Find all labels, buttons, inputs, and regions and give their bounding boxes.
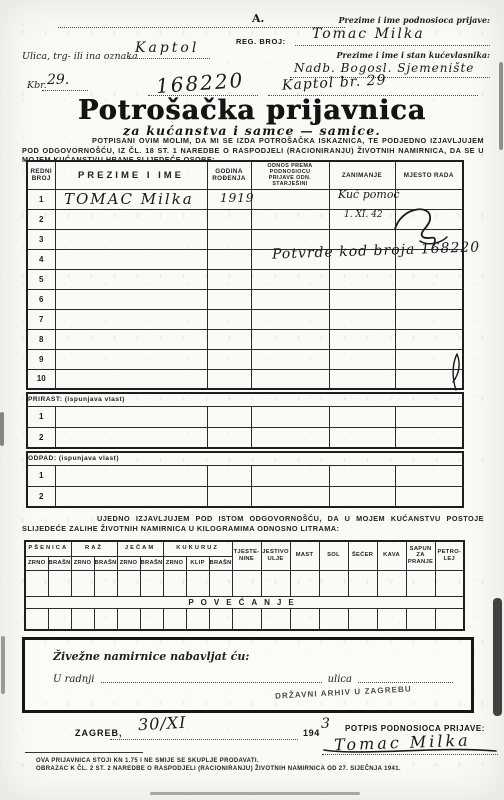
empty-cell: [25, 570, 48, 596]
empty-cell: [232, 608, 261, 630]
empty-cell: [207, 249, 251, 269]
empty-cell: [207, 329, 251, 349]
empty-cell: [207, 465, 251, 486]
empty-cell: [251, 486, 329, 507]
empty-cell: [348, 570, 377, 596]
table-row: 5: [27, 269, 463, 289]
empty-cell: [329, 427, 395, 448]
form-title: Potrošačka prijavnica: [0, 95, 504, 126]
supplies-col-header: ŠEĆER: [348, 541, 377, 570]
shop-label: U radnji: [53, 674, 95, 685]
empty-cell: [209, 570, 232, 596]
house-number-handwriting: 29.: [47, 72, 69, 88]
empty-cell: [251, 406, 329, 427]
col-header-redni-broj: REDNI BROJ: [27, 161, 55, 189]
table-row: 2: [27, 427, 463, 448]
scan-artifact: [0, 412, 4, 446]
table-row: 6: [27, 289, 463, 309]
empty-cell: [290, 608, 319, 630]
empty-cell: [140, 570, 163, 596]
empty-cell: [55, 229, 207, 249]
empty-cell: [55, 329, 207, 349]
row-number: 1: [27, 465, 55, 486]
empty-cell: [140, 608, 163, 630]
street-handwriting: Kaptol: [135, 40, 199, 56]
odpad-table: ODPAD: (ispunjava vlast) 12: [26, 451, 464, 508]
applicant-label: Prezime i ime podnosioca prijave:: [300, 15, 490, 25]
supplies-subcol-header: ZRNO: [163, 556, 186, 570]
empty-cell: [55, 249, 207, 269]
archive-stamp: DRŽAVNI ARHIV U ZAGREBU: [275, 684, 412, 700]
dotted-line: [101, 682, 322, 683]
empty-cell: [395, 465, 463, 486]
empty-cell: [55, 269, 207, 289]
empty-cell: [395, 269, 463, 289]
scanned-ration-form: A. Prezime i ime podnosioca prijave: REG…: [0, 0, 504, 800]
table-header-row: PŠENICARAŽJEČAMKUKURUZTJESTE- NINEJESTIV…: [25, 541, 464, 556]
empty-cell: [395, 309, 463, 329]
year-printed: 194: [303, 728, 320, 738]
empty-cell: [319, 570, 348, 596]
empty-cell: [329, 329, 395, 349]
scan-artifact: [1, 636, 5, 694]
scan-artifact: [150, 792, 360, 795]
empty-cell: [329, 486, 395, 507]
row-number: 5: [27, 269, 55, 289]
row-number: 2: [27, 486, 55, 507]
empty-cell: [94, 570, 117, 596]
table-row: 8: [27, 329, 463, 349]
empty-cell: [207, 289, 251, 309]
dotted-line: [58, 27, 345, 28]
supplies-col-header: PŠENICA: [25, 541, 71, 556]
supplies-col-header: JESTIVO ULJE: [261, 541, 290, 570]
empty-cell: [348, 608, 377, 630]
empty-cell: [406, 570, 435, 596]
povecanje-band-row: POVEĆANJE: [25, 596, 464, 608]
supplies-col-header: KAVA: [377, 541, 406, 570]
empty-cell: [55, 486, 207, 507]
empty-cell: [207, 427, 251, 448]
supplies-col-header: SAPUN ZA PRANJE: [406, 541, 435, 570]
row-number: 6: [27, 289, 55, 309]
empty-cell: [186, 570, 209, 596]
empty-cell: [377, 608, 406, 630]
pen-mark: [448, 352, 464, 392]
empty-cell: [377, 570, 406, 596]
empty-cell: [55, 349, 207, 369]
empty-cell: [261, 608, 290, 630]
empty-cell: [251, 369, 329, 389]
section-label-row: PRIRAST: (ispunjava vlast): [27, 393, 463, 406]
table-header-row: REDNI BROJ PREZIME I IME GODINA ROĐENJA …: [27, 161, 463, 189]
supplies-subcol-header: ZRNO: [71, 556, 94, 570]
supplies-col-header: RAŽ: [71, 541, 117, 556]
applicant-handwriting: Tomac Milka: [312, 26, 425, 42]
dotted-line: [358, 682, 453, 683]
purchase-declaration-box: Živežne namirnice nabavljat ću: U radnji…: [22, 637, 474, 713]
empty-cell: [207, 209, 251, 229]
empty-cell: [319, 608, 348, 630]
table-row: 1: [27, 406, 463, 427]
row-number: 2: [27, 209, 55, 229]
supplies-subcol-header: ZRNO: [25, 556, 48, 570]
empty-cell: [329, 289, 395, 309]
empty-cell: [251, 209, 329, 229]
col-header-zanimanje: ZANIMANJE: [329, 161, 395, 189]
povecanje-label: POVEĆANJE: [25, 596, 464, 608]
empty-cell: [186, 608, 209, 630]
empty-cell: [55, 289, 207, 309]
empty-cell: [395, 289, 463, 309]
empty-cell: [329, 406, 395, 427]
empty-cell: [207, 486, 251, 507]
supplies-col-header: PETRO- LEJ: [435, 541, 464, 570]
supplies-subcol-header: BRAŠNO: [209, 556, 232, 570]
col-header-prezime-ime: PREZIME I IME: [55, 161, 207, 189]
empty-cell: [261, 570, 290, 596]
row-number: 4: [27, 249, 55, 269]
empty-cell: [251, 329, 329, 349]
table-row: 7: [27, 309, 463, 329]
empty-cell: [71, 570, 94, 596]
empty-cell: [207, 369, 251, 389]
street-label: Ulica, trg- ili ina oznaka: [22, 51, 138, 62]
scan-artifact: [493, 598, 502, 716]
table-row: 10: [27, 369, 463, 389]
dotted-line: [295, 45, 490, 46]
row-number: 2: [27, 427, 55, 448]
empty-cell: [329, 269, 395, 289]
food-supplies-table: PŠENICARAŽJEČAMKUKURUZTJESTE- NINEJESTIV…: [24, 540, 465, 631]
city-label: ZAGREB,: [75, 728, 123, 738]
supplies-col-header: TJESTE- NINE: [232, 541, 261, 570]
supplies-subcol-header: BRAŠNO: [94, 556, 117, 570]
col-header-mjesto-rada: MJESTO RADA: [395, 161, 463, 189]
supplies-subcol-header: BRAŠNO: [140, 556, 163, 570]
empty-cell: [251, 349, 329, 369]
empty-cell: [55, 406, 207, 427]
empty-cell: [395, 486, 463, 507]
supplies-subcol-header: ZRNO: [117, 556, 140, 570]
empty-cell: [209, 608, 232, 630]
empty-cell: [251, 465, 329, 486]
dotted-line: [128, 58, 210, 59]
table-row: 1: [27, 465, 463, 486]
member1-year-handwriting: 1919: [220, 191, 255, 205]
empty-cell: [163, 570, 186, 596]
reg-number-label: REG. BROJ:: [236, 37, 286, 46]
section-letter: A.: [252, 12, 264, 25]
reg-number-handwriting: 168220: [155, 68, 245, 98]
supplies-subcol-header: KLIP: [186, 556, 209, 570]
odpad-label: ODPAD: (ispunjava vlast): [27, 452, 463, 465]
empty-cell: [251, 427, 329, 448]
landlord-label: Prezime i ime i stan kućevlasnika:: [300, 50, 490, 60]
empty-cell: [55, 465, 207, 486]
row-number: 10: [27, 369, 55, 389]
empty-cell: [329, 465, 395, 486]
empty-cell: [251, 269, 329, 289]
purchase-line: U radnji ulica: [53, 674, 453, 685]
empty-cell: [163, 608, 186, 630]
empty-cell: [251, 309, 329, 329]
section-label-row: ODPAD: (ispunjava vlast): [27, 452, 463, 465]
empty-cell: [48, 570, 71, 596]
empty-cell: [395, 427, 463, 448]
empty-cell: [207, 309, 251, 329]
empty-cell: [48, 608, 71, 630]
empty-cell: [71, 608, 94, 630]
year-handwriting: 3: [321, 716, 330, 732]
address-handwriting: Kaptol br. 29: [282, 72, 387, 93]
empty-cell: [207, 349, 251, 369]
empty-cell: [117, 570, 140, 596]
row-number: 1: [27, 189, 55, 209]
col-header-odnos: ODNOS PREMA PODNOSIOCU PRIJAVE ODN. STAR…: [251, 161, 329, 189]
date-handwriting: 30/XI: [138, 713, 187, 735]
empty-cell: [251, 289, 329, 309]
dotted-line: [42, 90, 88, 91]
supplies-col-header: KUKURUZ: [163, 541, 232, 556]
empty-cell: [117, 608, 140, 630]
row-number: 3: [27, 229, 55, 249]
prirast-label: PRIRAST: (ispunjava vlast): [27, 393, 463, 406]
empty-cell: [251, 189, 329, 209]
empty-cell: [94, 608, 117, 630]
empty-cell: [207, 269, 251, 289]
fineprint-price: OVA PRIJAVNICA STOJI KN 1.75 I NE SMIJE …: [36, 758, 259, 764]
empty-cell: [207, 229, 251, 249]
empty-cell: [395, 329, 463, 349]
empty-cell: [329, 349, 395, 369]
empty-cell: [290, 570, 319, 596]
fineprint-rule: [25, 752, 143, 753]
member1-name-handwriting: TOMAC Milka: [64, 190, 194, 208]
empty-cell: [395, 406, 463, 427]
empty-cell: [55, 369, 207, 389]
empty-cell: [435, 570, 464, 596]
fineprint-legal: OBRAZAC K ČL. 2 ST. 2 NAREDBE O RASPODJE…: [36, 766, 401, 772]
row-number: 9: [27, 349, 55, 369]
empty-cell: [435, 608, 464, 630]
empty-cell: [207, 406, 251, 427]
empty-cell: [406, 608, 435, 630]
empty-cell: [25, 608, 48, 630]
date-annotation-handwriting: 1. XI. 42: [344, 210, 383, 220]
purchase-heading: Živežne namirnice nabavljat ću:: [53, 650, 249, 663]
empty-cell: [55, 427, 207, 448]
supplies-col-header: JEČAM: [117, 541, 163, 556]
row-number: 7: [27, 309, 55, 329]
supplies-subcol-header: BRAŠNO: [48, 556, 71, 570]
empty-cell: [55, 209, 207, 229]
empty-cell: [232, 570, 261, 596]
table-row: [25, 570, 464, 596]
supplies-intro-paragraph: UJEDNO IZJAVLJUJEM POD ISTOM ODGOVORNOŠĆ…: [22, 514, 484, 533]
dotted-line: [322, 754, 498, 755]
table-row: [25, 608, 464, 630]
prirast-table: PRIRAST: (ispunjava vlast) 12: [26, 392, 464, 449]
table-row: 2: [27, 486, 463, 507]
dotted-line: [110, 739, 298, 740]
row-number: 1: [27, 406, 55, 427]
empty-cell: [329, 309, 395, 329]
supplies-col-header: SOL: [319, 541, 348, 570]
row-number: 8: [27, 329, 55, 349]
empty-cell: [329, 369, 395, 389]
col-header-godina: GODINA ROĐENJA: [207, 161, 251, 189]
empty-cell: [55, 309, 207, 329]
supplies-col-header: MAST: [290, 541, 319, 570]
member1-occupation-handwriting: Kuć pomoć: [338, 188, 400, 201]
table-row: 9: [27, 349, 463, 369]
street-field-label: ulica: [328, 674, 352, 685]
